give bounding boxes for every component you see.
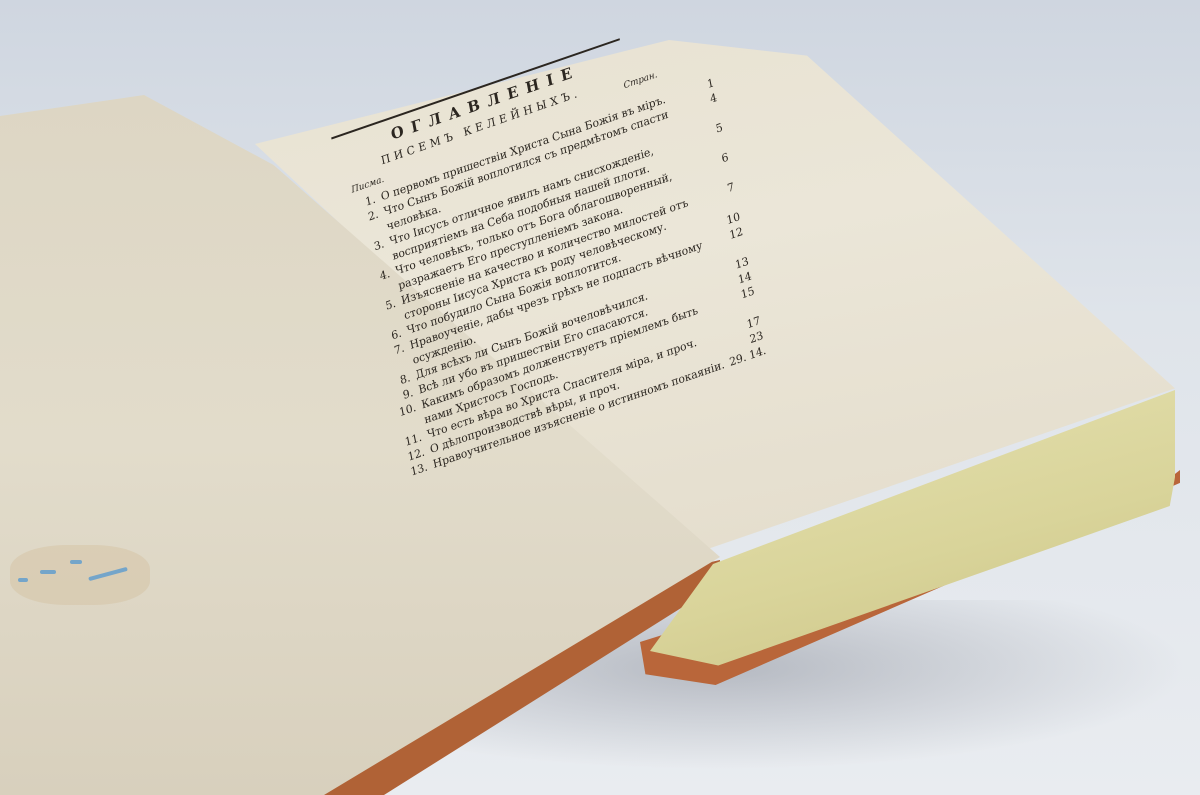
ink-mark	[70, 560, 82, 564]
ink-mark	[40, 570, 56, 574]
photo-scene: ОГЛАВЛЕНІЕ ПИСЕМЪ КЕЛЕЙНЫХЪ. Стран. Писм…	[0, 0, 1200, 795]
water-stain	[10, 545, 150, 605]
ink-mark	[18, 578, 28, 582]
